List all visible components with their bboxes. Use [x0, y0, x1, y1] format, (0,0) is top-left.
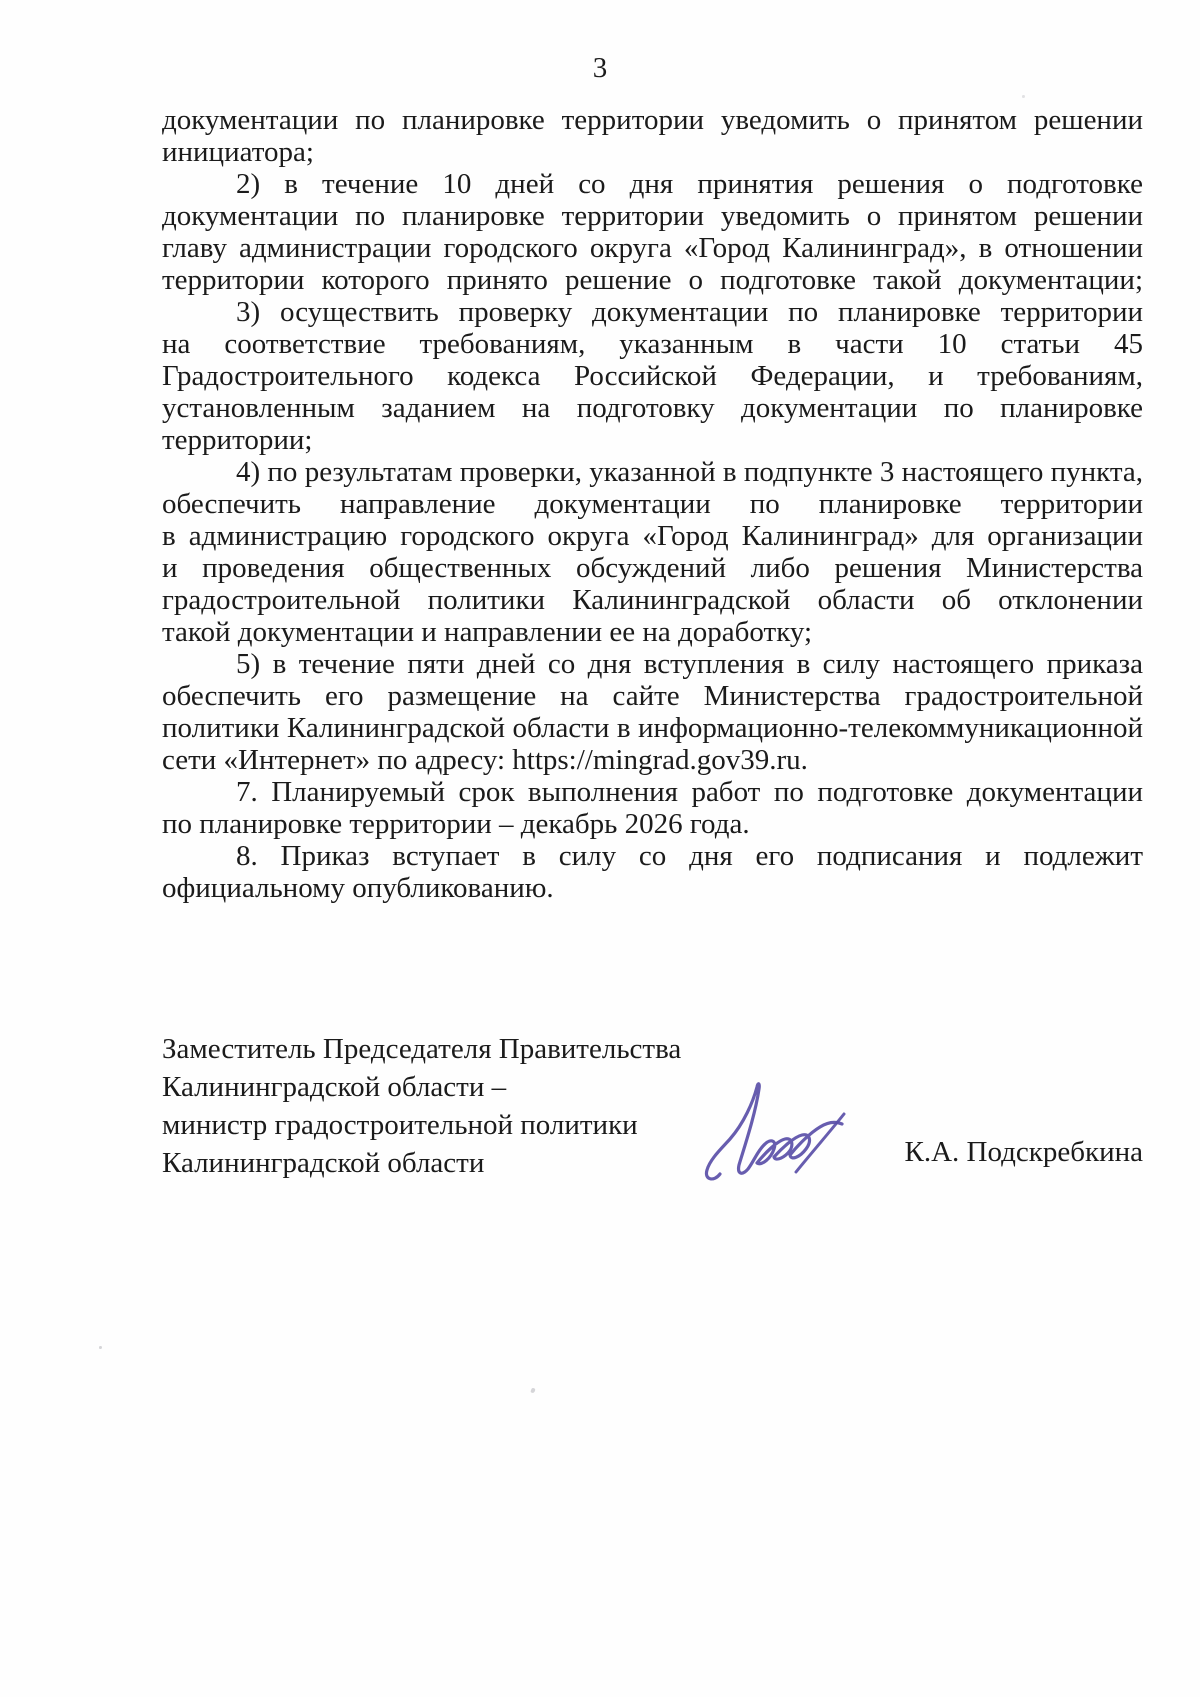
text-line: документации по планировке территории ув…: [162, 104, 1143, 136]
text-line: и проведения общественных обсуждений либ…: [162, 552, 1143, 584]
text-line: официальному опубликованию.: [162, 872, 1143, 904]
scan-speck: [99, 1346, 102, 1349]
text-line: обеспечить его размещение на сайте Минис…: [162, 680, 1143, 712]
signer-position-line: Заместитель Председателя Правительства: [162, 1030, 782, 1068]
signer-position-line: Калининградской области: [162, 1144, 782, 1182]
signature-stroke: [706, 1084, 842, 1179]
signer-position-line: министр градостроительной политики: [162, 1106, 782, 1144]
signer-name: К.А. Подскребкина: [905, 1136, 1144, 1169]
signer-position-line: Калининградской области –: [162, 1068, 782, 1106]
text-line: инициатора;: [162, 136, 1143, 168]
paragraph: 3) осуществить проверку документации по …: [162, 296, 1143, 456]
paragraph: 7. Планируемый срок выполнения работ по …: [162, 776, 1143, 840]
document-body: документации по планировке территории ув…: [162, 104, 1143, 904]
text-line: по планировке территории – декабрь 2026 …: [162, 808, 1143, 840]
text-line: политики Калининградской области в инфор…: [162, 712, 1143, 744]
text-line: в администрацию городского округа «Город…: [162, 520, 1143, 552]
text-line: сети «Интернет» по адресу: https://mingr…: [162, 744, 1143, 776]
scan-speck: [1022, 95, 1025, 98]
text-line: 4) по результатам проверки, указанной в …: [162, 456, 1143, 488]
text-line: обеспечить направление документации по п…: [162, 488, 1143, 520]
paragraph: 4) по результатам проверки, указанной в …: [162, 456, 1143, 648]
text-line: главу администрации городского округа «Г…: [162, 232, 1143, 264]
signature-cross-stroke: [796, 1114, 844, 1172]
text-line: территории которого принято решение о по…: [162, 264, 1143, 296]
signature-block: Заместитель Председателя Правительства К…: [162, 1030, 782, 1182]
text-line: 3) осуществить проверку документации по …: [162, 296, 1143, 328]
scan-speck: [530, 1387, 535, 1393]
text-line: 2) в течение 10 дней со дня принятия реш…: [162, 168, 1143, 200]
paragraph: 8. Приказ вступает в силу со дня его под…: [162, 840, 1143, 904]
text-line: территории;: [162, 424, 1143, 456]
text-line: документации по планировке территории ув…: [162, 200, 1143, 232]
paragraph: документации по планировке территории ув…: [162, 104, 1143, 168]
text-line: 7. Планируемый срок выполнения работ по …: [162, 776, 1143, 808]
handwritten-signature: [698, 1078, 858, 1186]
paragraph: 2) в течение 10 дней со дня принятия реш…: [162, 168, 1143, 296]
text-line: 8. Приказ вступает в силу со дня его под…: [162, 840, 1143, 872]
text-line: установленным заданием на подготовку док…: [162, 392, 1143, 424]
paragraph: 5) в течение пяти дней со дня вступления…: [162, 648, 1143, 776]
scanned-document-page: 3 документации по планировке территории …: [0, 0, 1200, 1697]
text-line: Градостроительного кодекса Российской Фе…: [162, 360, 1143, 392]
text-line: на соответствие требованиям, указанным в…: [162, 328, 1143, 360]
text-line: 5) в течение пяти дней со дня вступления…: [162, 648, 1143, 680]
text-line: градостроительной политики Калининградск…: [162, 584, 1143, 616]
page-number: 3: [0, 52, 1200, 85]
text-line: такой документации и направлении ее на д…: [162, 616, 1143, 648]
